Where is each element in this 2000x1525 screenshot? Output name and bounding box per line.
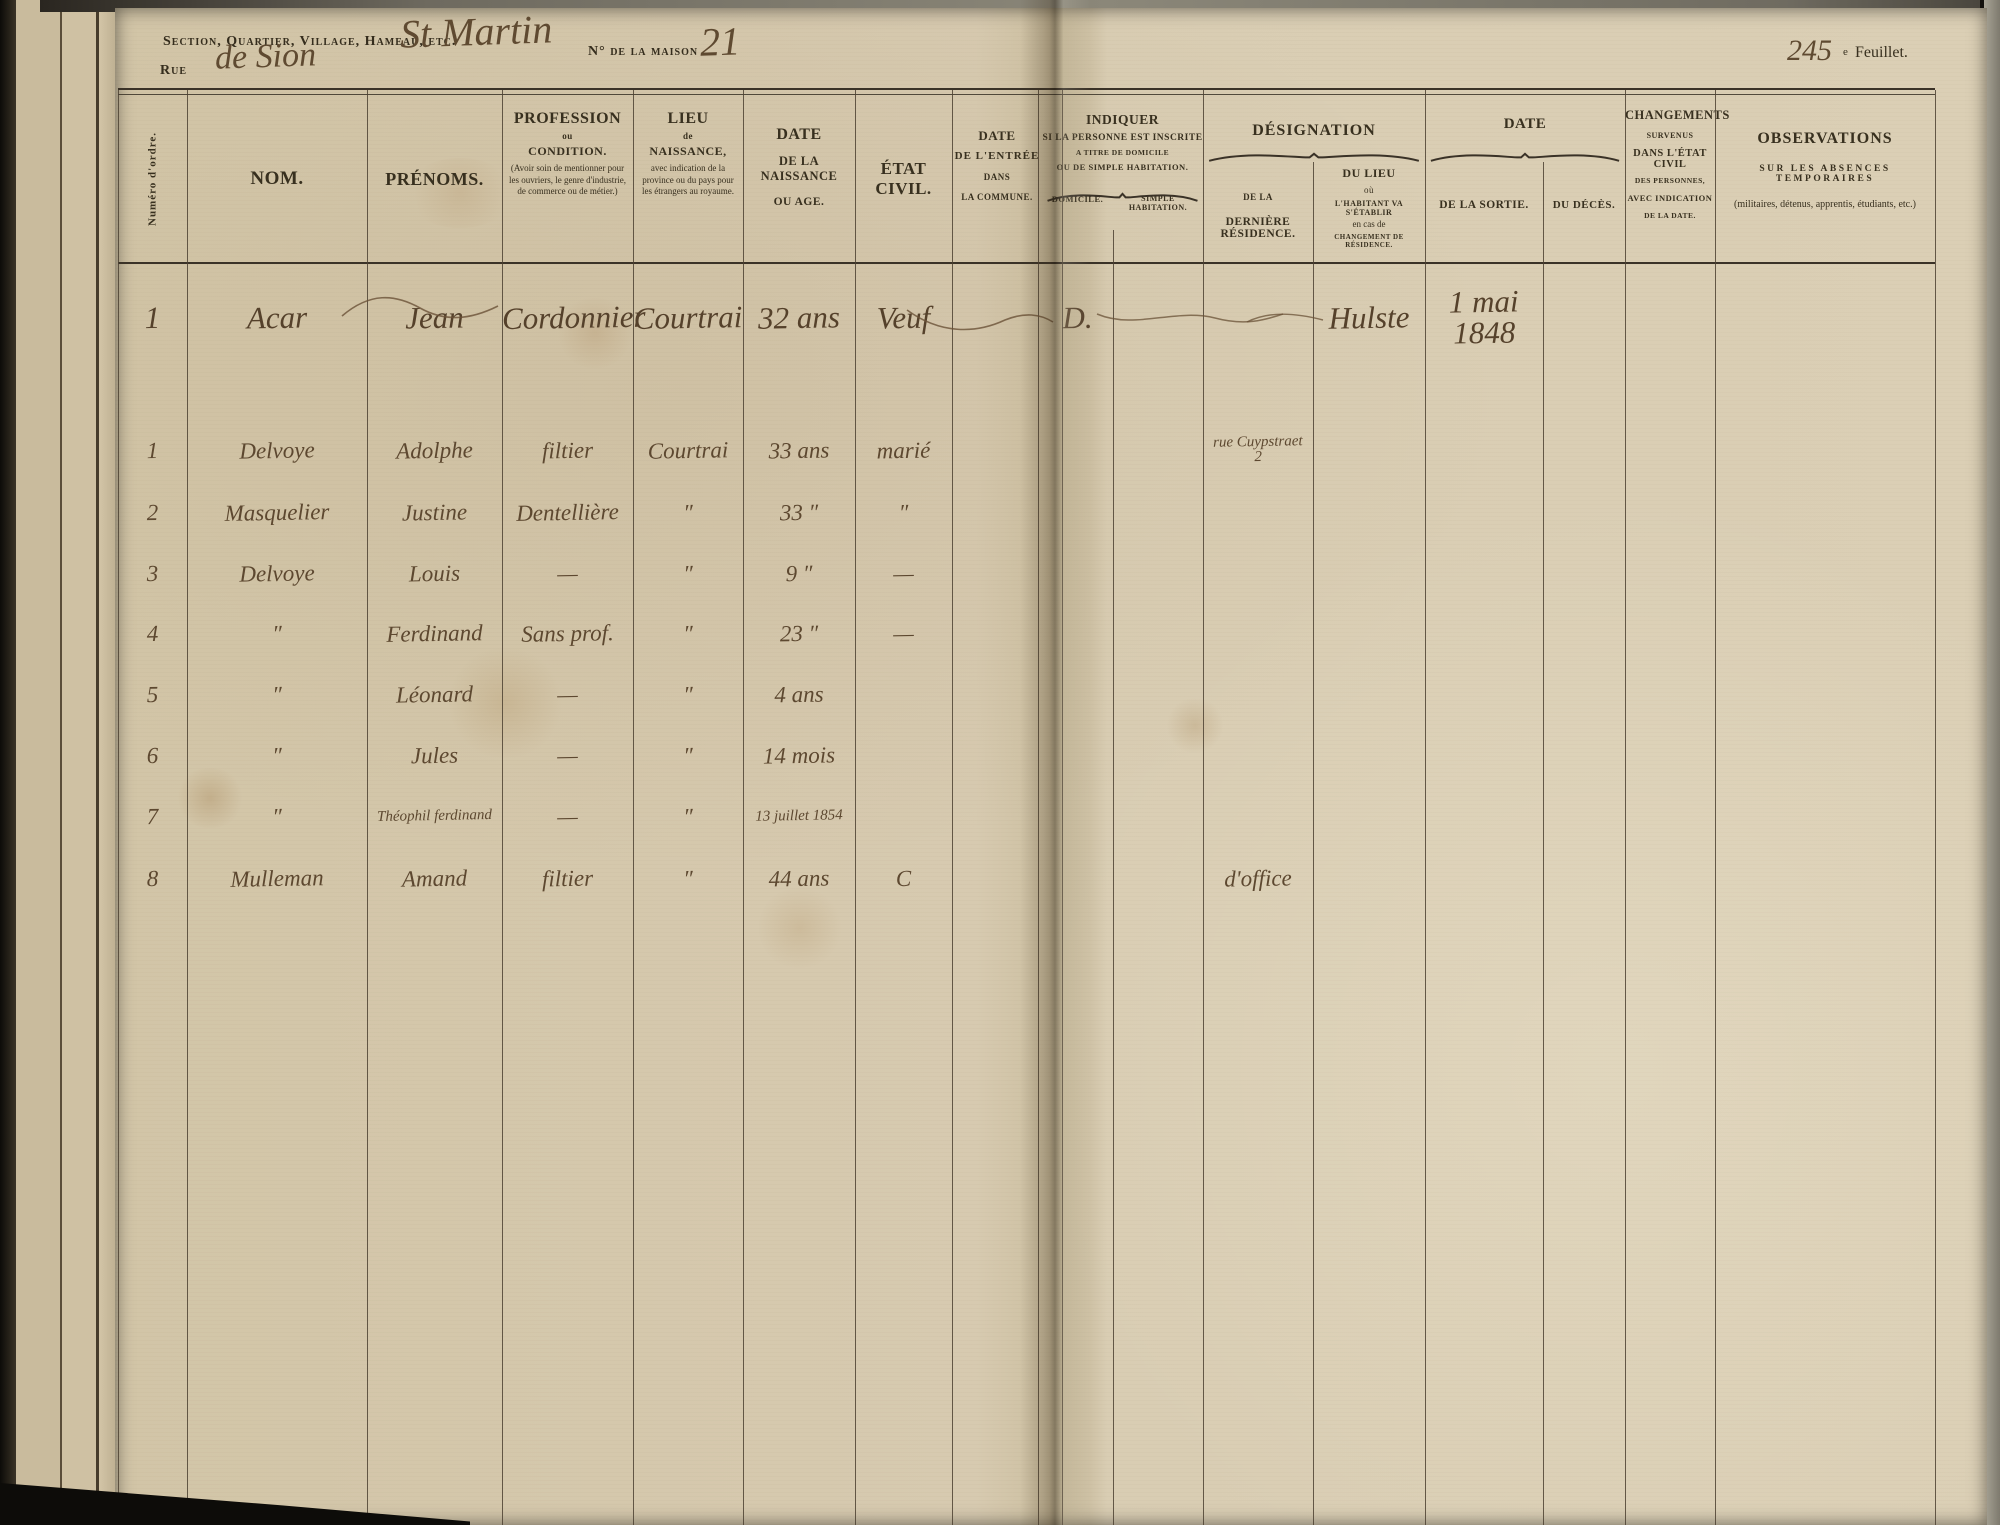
page-gutter-fold: [1020, 0, 1090, 1525]
cell-observations: [1715, 315, 1935, 319]
cell-observations: [1715, 510, 1935, 514]
cell-profession: filtier: [502, 865, 633, 890]
cell-nom: ″: [187, 620, 367, 646]
cell-date-sortie: [1425, 572, 1543, 574]
cell-derniere-residence: d'office: [1203, 866, 1313, 891]
cell-lieu-etablir: [1313, 815, 1425, 817]
cell-lieu-etablir: [1313, 449, 1425, 451]
cell-prenoms: Adolphe: [367, 437, 502, 462]
cell-observations: [1715, 448, 1935, 452]
cell-observations: [1715, 876, 1935, 880]
cell-derniere-residence: [1203, 316, 1313, 318]
cell-etat-civil: C: [855, 866, 952, 891]
cell-profession: —: [502, 742, 633, 767]
cell-date-sortie: [1425, 693, 1543, 695]
cell-nom: Acar: [187, 300, 368, 334]
cell-date-sortie: [1425, 632, 1543, 634]
cell-lieu-naissance: ″: [633, 682, 743, 707]
cell-changements: [1625, 572, 1715, 574]
cell-prenoms: Jules: [367, 742, 502, 767]
book-spine-edge: [0, 0, 16, 1525]
cell-date-naissance: 33 ans: [743, 438, 855, 463]
cell-lieu-naissance: Courtrai: [633, 438, 743, 463]
cell-etat-civil: [855, 815, 952, 817]
cell-prenoms: Louis: [367, 560, 502, 585]
cell-nom: ″: [187, 742, 367, 768]
cell-date-naissance: 32 ans: [743, 301, 856, 334]
cell-profession: filtier: [502, 437, 633, 462]
cell-prenoms: Théophil ferdinand: [367, 807, 502, 824]
cell-lieu-etablir: [1313, 572, 1425, 574]
cell-date-naissance: 44 ans: [743, 866, 855, 891]
cell-derniere-residence: [1203, 754, 1313, 756]
cell-lieu-etablir: [1313, 693, 1425, 695]
cell-numero: 1: [118, 438, 187, 462]
cell-etat-civil: [855, 754, 952, 756]
stacked-page-edge: [62, 0, 99, 1525]
book-scan: Section, Quartier, Village, Hameau, etc.…: [0, 0, 2000, 1525]
cell-date-naissance: 14 mois: [743, 743, 855, 768]
cell-date-deces: [1543, 449, 1625, 450]
cell-observations: [1715, 814, 1935, 818]
cell-date-naissance: 9 ″: [743, 561, 855, 586]
stacked-page-edge: [99, 0, 115, 1525]
cell-date-sortie: [1425, 877, 1543, 879]
cell-profession: Sans prof.: [502, 620, 633, 645]
cell-etat-civil: marié: [855, 438, 952, 463]
cell-prenoms: Justine: [367, 499, 502, 524]
cell-numero: 4: [118, 621, 187, 645]
cell-etat-civil: Veuf: [855, 301, 953, 334]
cell-nom: ″: [187, 803, 367, 829]
cell-nom: Delvoye: [187, 437, 367, 463]
cell-nom: Mulleman: [187, 865, 367, 891]
cell-date-naissance: 33 ″: [743, 500, 855, 525]
cell-lieu-etablir: [1313, 511, 1425, 513]
cell-etat-civil: ″: [855, 500, 952, 525]
cell-derniere-residence: [1203, 693, 1313, 695]
cell-lieu-etablir: [1313, 754, 1425, 756]
cell-derniere-residence: rue Cuypstraet 2: [1203, 434, 1314, 466]
cell-date-deces: [1543, 316, 1625, 317]
cell-changements: [1625, 877, 1715, 879]
cell-changements: [1625, 632, 1715, 634]
cell-lieu-naissance: ″: [633, 621, 743, 646]
cell-profession: —: [502, 803, 633, 828]
cell-date-deces: [1543, 815, 1625, 816]
cell-date-sortie: [1425, 815, 1543, 817]
cell-profession: Dentellière: [502, 499, 633, 524]
cell-numero: 1: [118, 301, 188, 333]
cell-simple-habitation: [1113, 693, 1203, 695]
cell-date-naissance: 4 ans: [743, 682, 855, 707]
cell-date-sortie: 1 mai 1848: [1424, 285, 1543, 349]
cell-observations: [1715, 571, 1935, 575]
cell-derniere-residence: [1203, 632, 1313, 634]
cell-lieu-naissance: Courtrai: [633, 301, 744, 334]
cell-date-sortie: [1425, 754, 1543, 756]
cell-date-deces: [1543, 572, 1625, 573]
cell-changements: [1625, 316, 1715, 318]
cell-simple-habitation: [1113, 316, 1203, 318]
cell-changements: [1625, 754, 1715, 756]
cell-observations: [1715, 753, 1935, 757]
cell-etat-civil: [855, 693, 952, 695]
cell-nom: ″: [187, 681, 367, 707]
cell-lieu-naissance: ″: [633, 743, 743, 768]
cell-lieu-etablir: [1313, 632, 1425, 634]
cell-observations: [1715, 631, 1935, 635]
cell-date-deces: [1543, 877, 1625, 878]
cell-nom: Delvoye: [187, 560, 367, 586]
cell-prenoms: Amand: [367, 865, 502, 890]
cell-date-sortie: [1425, 449, 1543, 451]
cell-lieu-naissance: ″: [633, 866, 743, 891]
cell-prenoms: Léonard: [367, 681, 502, 706]
cell-prenoms: Jean: [367, 300, 503, 333]
cell-changements: [1625, 693, 1715, 695]
cell-numero: 3: [118, 561, 187, 585]
cell-date-deces: [1543, 632, 1625, 633]
cell-simple-habitation: [1113, 511, 1203, 513]
cell-numero: 2: [118, 500, 187, 524]
cell-date-deces: [1543, 511, 1625, 512]
cell-lieu-naissance: ″: [633, 561, 743, 586]
cell-date-naissance: 13 juillet 1854: [743, 808, 855, 825]
cell-changements: [1625, 815, 1715, 817]
cell-lieu-etablir: [1313, 877, 1425, 879]
column-rule: [1935, 90, 1936, 1525]
cell-date-sortie: [1425, 511, 1543, 513]
cell-simple-habitation: [1113, 632, 1203, 634]
cell-lieu-etablir: Hulste: [1313, 301, 1426, 334]
cell-simple-habitation: [1113, 877, 1203, 879]
cell-derniere-residence: [1203, 511, 1313, 513]
cell-simple-habitation: [1113, 754, 1203, 756]
cell-numero: 5: [118, 682, 187, 706]
cell-numero: 6: [118, 743, 187, 767]
cell-etat-civil: —: [855, 561, 952, 586]
cell-lieu-naissance: ″: [633, 804, 743, 829]
cell-date-deces: [1543, 693, 1625, 694]
cell-nom: Masquelier: [187, 499, 367, 525]
cell-date-deces: [1543, 754, 1625, 755]
cell-profession: —: [502, 560, 633, 585]
cell-numero: 7: [118, 804, 187, 828]
cell-lieu-naissance: ″: [633, 500, 743, 525]
cell-changements: [1625, 511, 1715, 513]
cell-profession: —: [502, 681, 633, 706]
cell-simple-habitation: [1113, 815, 1203, 817]
cell-etat-civil: —: [855, 621, 952, 646]
cell-derniere-residence: [1203, 572, 1313, 574]
cell-derniere-residence: [1203, 815, 1313, 817]
cell-date-naissance: 23 ″: [743, 621, 855, 646]
stacked-page-edge: [16, 0, 62, 1525]
cell-observations: [1715, 692, 1935, 696]
cell-simple-habitation: [1113, 572, 1203, 574]
cell-profession: Cordonnier: [502, 300, 634, 333]
cell-changements: [1625, 449, 1715, 451]
cell-simple-habitation: [1113, 449, 1203, 451]
cell-prenoms: Ferdinand: [367, 620, 502, 645]
cell-numero: 8: [118, 866, 187, 890]
